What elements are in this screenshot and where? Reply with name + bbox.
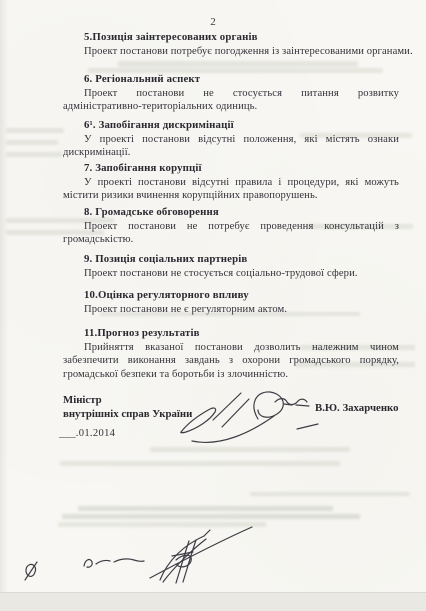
bottom-scribble-large — [150, 527, 252, 583]
minister-title-line1: Міністр — [63, 393, 192, 407]
page-number: 2 — [0, 16, 426, 28]
bleed-through-mark — [6, 128, 64, 133]
bleed-through-mark — [58, 522, 266, 527]
signer-name: В.Ю. Захарченко — [315, 402, 399, 414]
section-heading: 7. Запобігання корупції — [84, 162, 399, 176]
section-body: У проекті постанови відсутні правила і п… — [63, 176, 399, 203]
section-body: Проект постанови не стосується соціально… — [63, 267, 399, 281]
bleed-through-mark — [60, 461, 340, 466]
section-heading: 9. Позиція соціальних партнерів — [84, 253, 399, 267]
section-heading: 6. Регіональний аспект — [84, 73, 399, 87]
bleed-through-mark — [118, 61, 358, 67]
minister-signature-scrawl — [181, 392, 318, 442]
bottom-scribble-small — [84, 559, 144, 567]
section-body: У проекті постанови відсутні положення, … — [63, 133, 399, 160]
section-body: Проект постанови не потребує проведення … — [63, 220, 399, 247]
section-7-corruption-prevention: 7. Запобігання корупції У проекті постан… — [63, 162, 399, 203]
section-heading: 6¹. Запобігання дискримінації — [84, 119, 399, 133]
bleed-through-mark — [250, 492, 410, 496]
section-9-social-partners-position: 9. Позиція соціальних партнерів Проект п… — [63, 253, 399, 280]
section-heading: 5.Позиція заінтересованих органів — [84, 31, 399, 45]
section-6-regional-aspect: 6. Регіональний аспект Проект постанови … — [63, 73, 399, 114]
section-10-regulatory-impact: 10.Оцінка регуляторного впливу Проект по… — [63, 289, 399, 316]
minister-title: Міністр внутрішніх справ України — [63, 393, 192, 421]
section-body: Проект постанови не є регуляторним актом… — [63, 303, 399, 317]
bleed-through-mark — [62, 514, 360, 519]
section-heading: 11.Прогноз результатів — [84, 327, 399, 341]
section-body: Проект постанови не стосується питання р… — [63, 87, 399, 114]
section-11-results-forecast: 11.Прогноз результатів Прийняття вказано… — [63, 327, 399, 381]
section-heading: 8. Громадське обговорення — [84, 206, 399, 220]
section-body: Прийняття вказаної постанови дозволить н… — [63, 341, 399, 382]
scan-bottom-edge — [0, 592, 426, 611]
date-line: ___.01.2014 — [59, 428, 115, 439]
section-5-position-of-interested-bodies: 5.Позиція заінтересованих органів Проект… — [63, 31, 399, 58]
scan-shadow-left-edge — [0, 0, 8, 611]
section-6-1-discrimination-prevention: 6¹. Запобігання дискримінації У проекті … — [63, 119, 399, 160]
bleed-through-mark — [6, 152, 62, 157]
section-body: Проект постанови потребує погодження із … — [63, 45, 399, 59]
bottom-mark-zero — [25, 562, 37, 580]
bleed-through-mark — [6, 140, 58, 145]
scanned-document-page: { "colors": { "paper": "#f8f7f3", "ink":… — [0, 0, 426, 611]
section-8-public-discussion: 8. Громадське обговорення Проект постано… — [63, 206, 399, 247]
bleed-through-mark — [78, 506, 333, 511]
bleed-through-mark — [150, 447, 350, 452]
minister-title-line2: внутрішніх справ України — [63, 407, 192, 421]
section-heading: 10.Оцінка регуляторного впливу — [84, 289, 399, 303]
